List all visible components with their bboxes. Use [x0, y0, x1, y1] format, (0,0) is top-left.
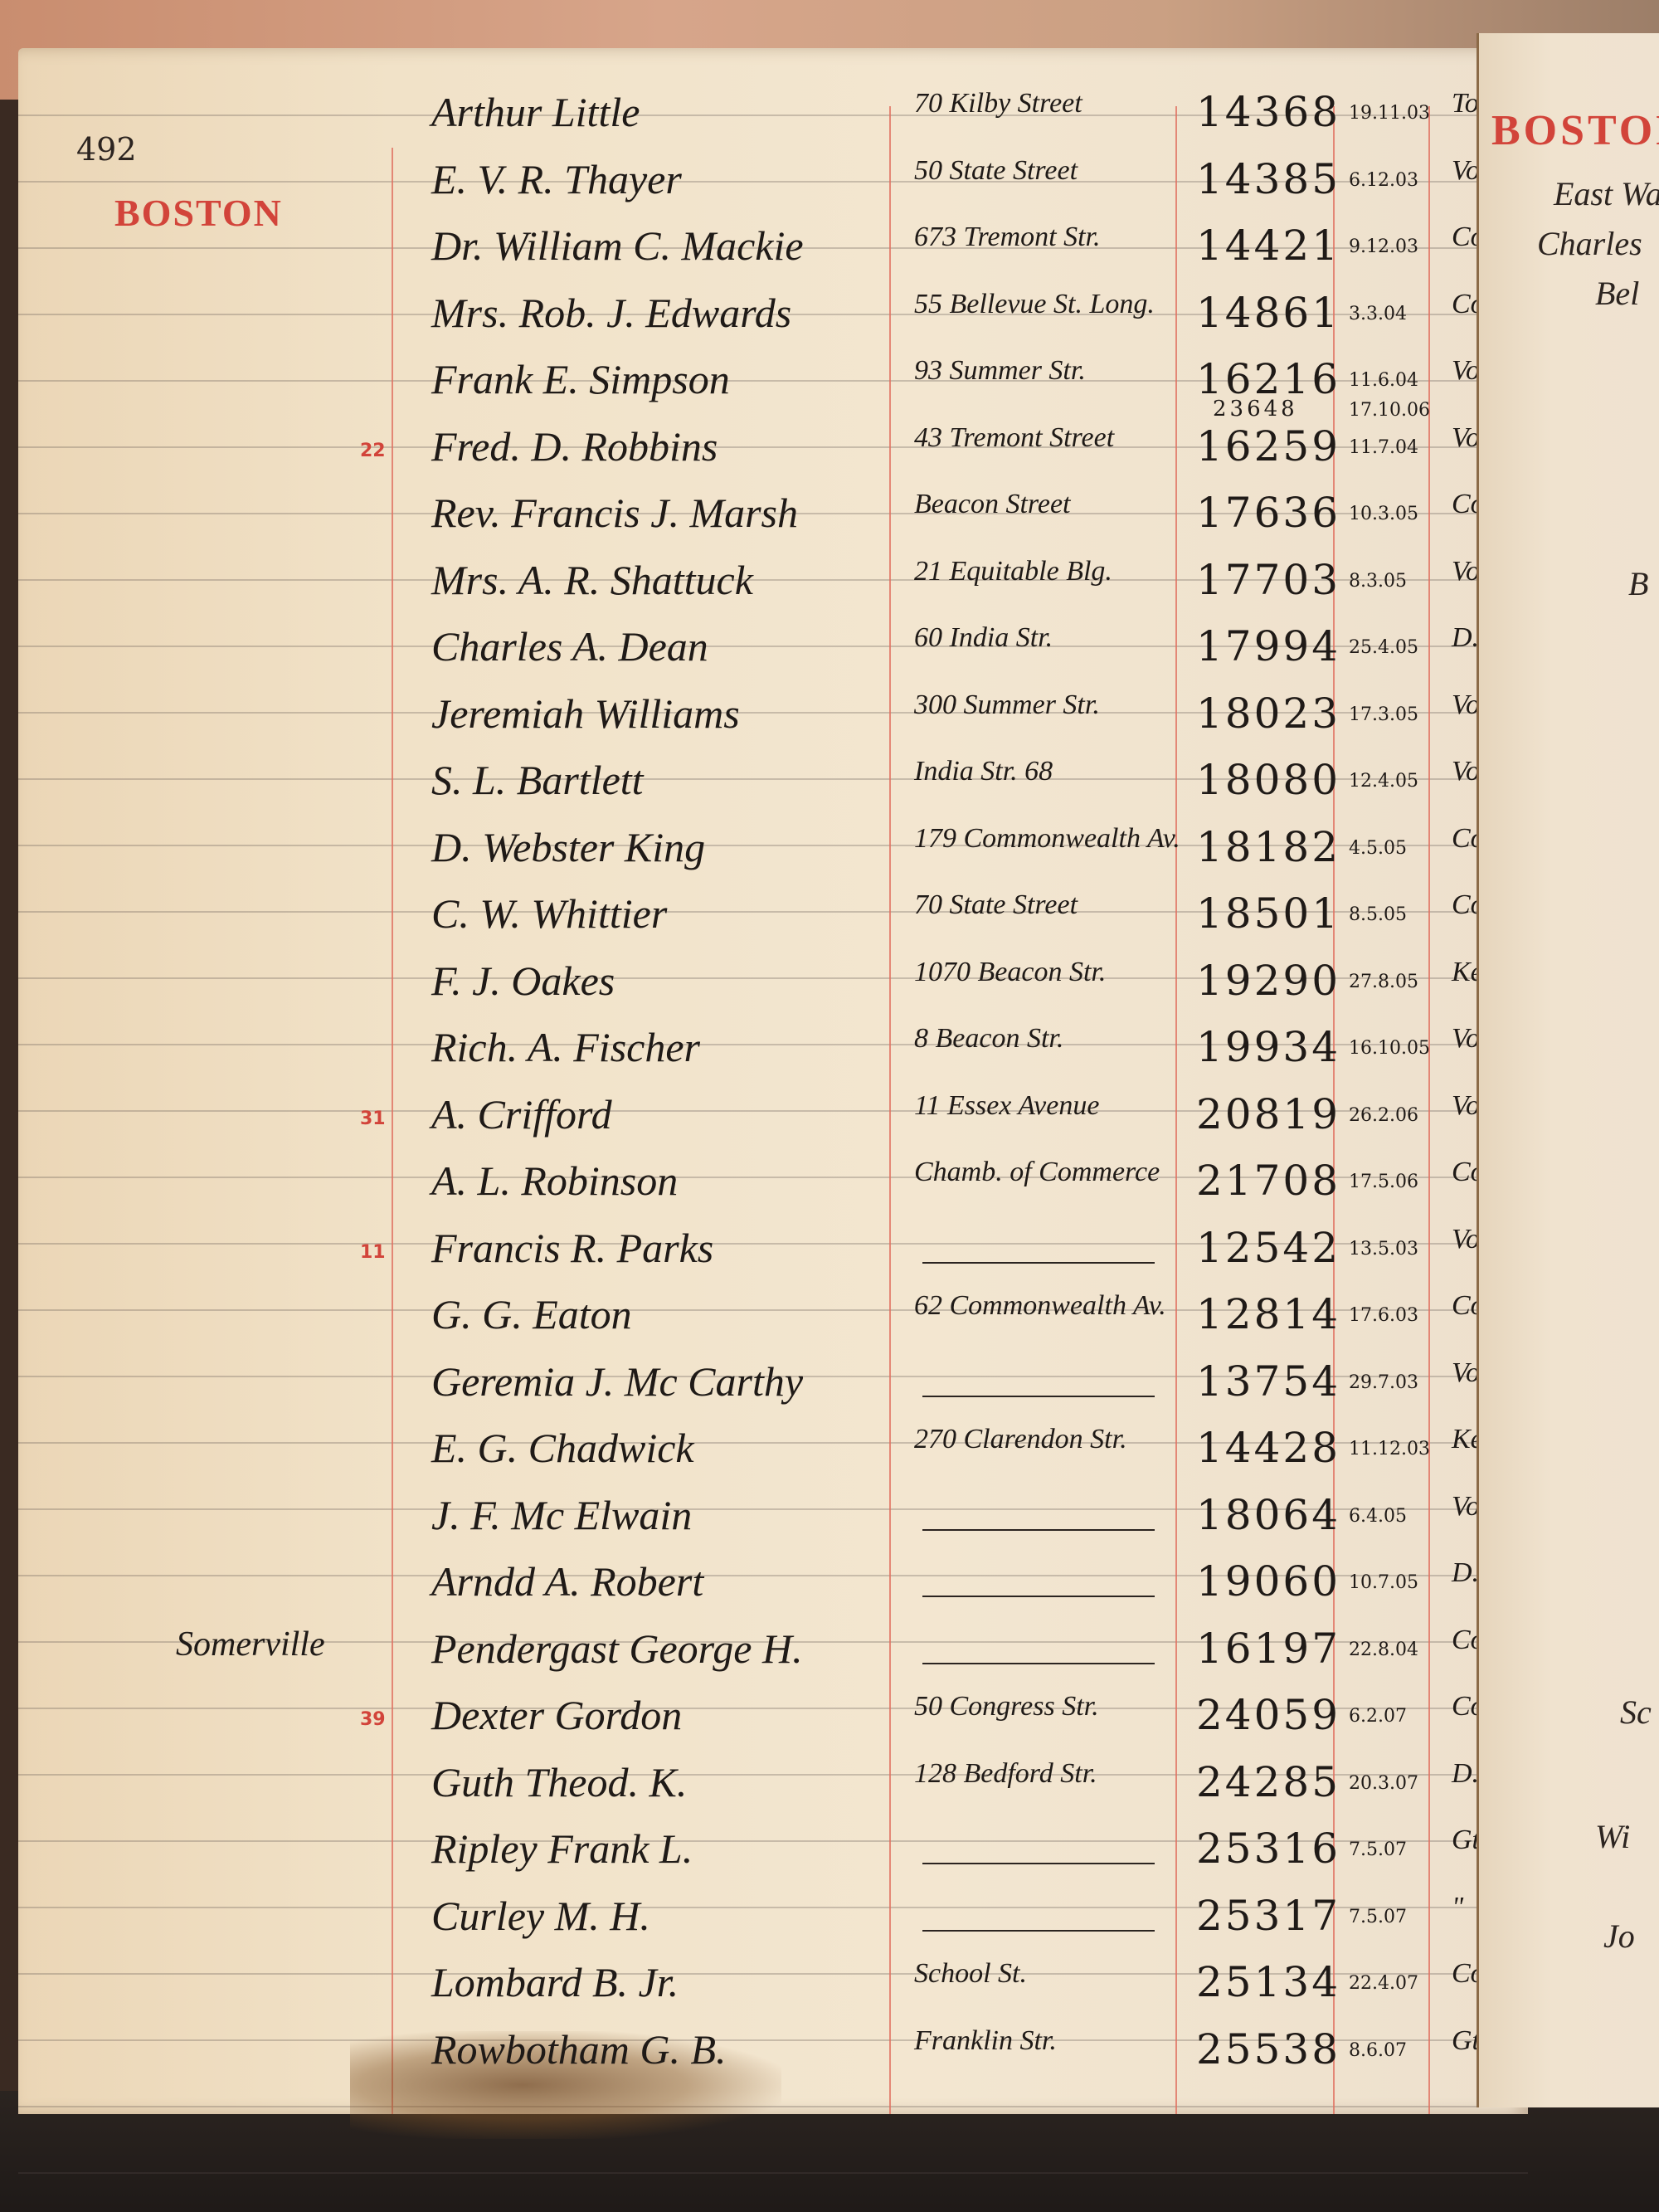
facing-city-header: BOSTON: [1491, 106, 1659, 155]
date-cell: 20.3.07: [1349, 1773, 1418, 1794]
address-cell: India Str. 68: [914, 756, 1053, 787]
number-cell: 13754: [1196, 1357, 1340, 1406]
facing-entry: Sc: [1620, 1693, 1652, 1732]
date-cell: 6.4.05: [1349, 1506, 1407, 1527]
number-cell: 18064: [1196, 1491, 1340, 1539]
address-cell: 673 Tremont Str.: [914, 222, 1101, 253]
table-row: SomervillePendergast George H.1619722.8.…: [18, 1618, 1528, 1688]
address-cell: 70 State Street: [914, 889, 1078, 921]
table-row: J. F. Mc Elwain180646.4.05Vor: [18, 1484, 1528, 1554]
date-cell: 7.5.07: [1349, 1839, 1407, 1860]
table-row: Arndd A. Robert1906010.7.05D.1.: [18, 1551, 1528, 1620]
table-row: 39Dexter Gordon50 Congress Str.240596.2.…: [18, 1684, 1528, 1754]
ledger-page-right: BOSTON East Wa Charles Bel B Sc Wi Jo: [1477, 33, 1659, 2107]
name-cell: Arthur Little: [431, 88, 640, 136]
number-cell: 19290: [1196, 957, 1340, 1005]
date-cell: 26.2.06: [1349, 1105, 1418, 1126]
name-cell: Jeremiah Williams: [431, 689, 740, 738]
name-cell: D. Webster King: [431, 823, 705, 871]
name-cell: G. G. Eaton: [431, 1290, 632, 1338]
address-cell: 43 Tremont Street: [914, 422, 1114, 454]
date-cell: 7.5.07: [1349, 1907, 1407, 1927]
number-cell: 25538: [1196, 2025, 1340, 2073]
address-cell: School St.: [914, 1958, 1027, 1990]
date-cell: 22.4.07: [1349, 1973, 1418, 1994]
table-row: D. Webster King179 Commonwealth Av.18182…: [18, 816, 1528, 886]
address-cell: 62 Commonwealth Av.: [914, 1290, 1166, 1322]
table-row: Geremia J. Mc Carthy1375429.7.03Vor: [18, 1351, 1528, 1420]
address-cell: 50 Congress Str.: [914, 1691, 1099, 1722]
table-row: Rowbotham G. B.Franklin Str.255388.6.07G…: [18, 2019, 1528, 2088]
blank-address-dash: [922, 1262, 1155, 1264]
date-cell: 16.10.05: [1349, 1038, 1430, 1059]
name-cell: E. G. Chadwick: [431, 1424, 694, 1472]
facing-entry: B: [1628, 564, 1648, 603]
table-row: C. W. Whittier70 State Street185018.5.05…: [18, 883, 1528, 953]
name-cell: Rev. Francis J. Marsh: [431, 489, 798, 537]
name-cell: Pendergast George H.: [431, 1625, 803, 1673]
facing-entry: Wi: [1595, 1817, 1630, 1856]
date-cell: 25.4.05: [1349, 637, 1418, 658]
table-row: Mrs. A. R. Shattuck21 Equitable Blg.1770…: [18, 549, 1528, 619]
name-cell: Mrs. A. R. Shattuck: [431, 556, 753, 604]
number-cell: 14428: [1196, 1424, 1340, 1472]
date-cell: 3.3.04: [1349, 304, 1407, 324]
name-cell: F. J. Oakes: [431, 957, 615, 1005]
name-cell: Mrs. Rob. J. Edwards: [431, 289, 791, 337]
date-cell: 11.7.04: [1349, 437, 1418, 458]
name-cell: C. W. Whittier: [431, 889, 667, 938]
date-cell: 8.3.05: [1349, 571, 1407, 592]
number-cell: 18501: [1196, 889, 1340, 938]
address-cell: 50 State Street: [914, 155, 1078, 187]
name-cell: Francis R. Parks: [431, 1224, 713, 1272]
table-row: S. L. BartlettIndia Str. 681808012.4.05V…: [18, 749, 1528, 819]
table-row: Curley M. H.253177.5.07": [18, 1885, 1528, 1955]
name-cell: Arndd A. Robert: [431, 1557, 703, 1605]
number-cell: 16197: [1196, 1625, 1340, 1673]
date-cell: 22.8.04: [1349, 1640, 1418, 1660]
date-cell: 17.5.06: [1349, 1172, 1418, 1192]
address-cell: Chamb. of Commerce: [914, 1157, 1160, 1188]
table-row: Charles A. Dean60 India Str.1799425.4.05…: [18, 616, 1528, 685]
name-cell: Lombard B. Jr.: [431, 1958, 679, 2006]
number-cell: 25317: [1196, 1892, 1340, 1940]
table-row: E. V. R. Thayer50 State Street143856.12.…: [18, 149, 1528, 218]
table-row: F. J. Oakes1070 Beacon Str.1929027.8.05K…: [18, 950, 1528, 1020]
date-cell: 6.2.07: [1349, 1706, 1407, 1727]
address-cell: 93 Summer Str.: [914, 355, 1086, 387]
number-cell: 19934: [1196, 1023, 1340, 1071]
address-cell: 300 Summer Str.: [914, 689, 1100, 721]
number-cell: 18023: [1196, 689, 1340, 738]
address-cell: 11 Essex Avenue: [914, 1090, 1099, 1122]
name-cell: E. V. R. Thayer: [431, 155, 682, 203]
address-cell: 8 Beacon Str.: [914, 1023, 1063, 1055]
date-cell: 6.12.03: [1349, 170, 1418, 191]
name-cell: Rich. A. Fischer: [431, 1023, 700, 1071]
number-cell: 17703: [1196, 556, 1340, 604]
date-cell: 27.8.05: [1349, 972, 1418, 992]
name-cell: Ripley Frank L.: [431, 1825, 693, 1873]
date-cell: 13.5.03: [1349, 1239, 1418, 1259]
table-row: Guth Theod. K.128 Bedford Str.2428520.3.…: [18, 1752, 1528, 1821]
date-cell: 10.3.05: [1349, 504, 1418, 524]
table-row: A. L. RobinsonChamb. of Commerce2170817.…: [18, 1150, 1528, 1220]
number-cell: 12542: [1196, 1224, 1340, 1272]
table-row: 22Fred. D. Robbins43 Tremont Street16259…: [18, 416, 1528, 485]
facing-entry: East Wa: [1554, 174, 1659, 213]
number-cell: 25134: [1196, 1958, 1340, 2006]
number-cell: 14861: [1196, 289, 1340, 337]
table-row: Rev. Francis J. MarshBeacon Street176361…: [18, 482, 1528, 552]
name-cell: Geremia J. Mc Carthy: [431, 1357, 803, 1406]
name-cell: Rowbotham G. B.: [431, 2025, 727, 2073]
date-cell: 10.7.05: [1349, 1572, 1418, 1593]
table-row: Frank E. Simpson93 Summer Str.1621611.6.…: [18, 348, 1528, 418]
number-cell: 18182: [1196, 823, 1340, 871]
number-cell: 14385: [1196, 155, 1340, 203]
location-cell: Somerville: [176, 1625, 325, 1664]
table-row: 11Francis R. Parks1254213.5.03Vor: [18, 1217, 1528, 1287]
table-row: G. G. Eaton62 Commonwealth Av.1281417.6.…: [18, 1284, 1528, 1353]
date-cell: 11.6.04: [1349, 370, 1418, 391]
date-cell: 8.5.05: [1349, 904, 1407, 925]
date-cell: 4.5.05: [1349, 838, 1407, 859]
name-cell: S. L. Bartlett: [431, 756, 644, 804]
blank-address-dash: [922, 1596, 1155, 1597]
address-cell: Franklin Str.: [914, 2025, 1057, 2057]
ledger-page-left: 492 BOSTON Arthur Little70 Kilby Street1…: [18, 48, 1528, 2114]
date-cell: 29.7.03: [1349, 1372, 1418, 1393]
address-cell: 128 Bedford Str.: [914, 1758, 1097, 1790]
number-cell: 14368: [1196, 88, 1340, 136]
date-cell: 19.11.03: [1349, 103, 1430, 124]
address-cell: 179 Commonwealth Av.: [914, 823, 1180, 855]
date-cell: 12.4.05: [1349, 771, 1418, 792]
address-cell: 21 Equitable Blg.: [914, 556, 1112, 587]
facing-entry: Jo: [1603, 1917, 1635, 1956]
name-cell: A. Crifford: [431, 1090, 612, 1138]
number-cell: 24059: [1196, 1691, 1340, 1739]
table-row: Arthur Little70 Kilby Street1436819.11.0…: [18, 81, 1528, 151]
table-row: Rich. A. Fischer8 Beacon Str.1993416.10.…: [18, 1016, 1528, 1086]
address-cell: 70 Kilby Street: [914, 88, 1082, 119]
date-cell: 9.12.03: [1349, 236, 1418, 257]
table-row: Dr. William C. Mackie673 Tremont Str.144…: [18, 215, 1528, 285]
date-cell: 17.6.03: [1349, 1305, 1418, 1326]
number-cell: 17994: [1196, 622, 1340, 670]
table-row: 31A. Crifford11 Essex Avenue2081926.2.06…: [18, 1084, 1528, 1153]
address-cell: 1070 Beacon Str.: [914, 957, 1106, 988]
number-cell: 12814: [1196, 1290, 1340, 1338]
name-cell: Guth Theod. K.: [431, 1758, 687, 1806]
margin-mark: 39: [360, 1709, 386, 1730]
blank-address-dash: [922, 1396, 1155, 1397]
table-row: Jeremiah Williams300 Summer Str.1802317.…: [18, 683, 1528, 753]
date-cell: 8.6.07: [1349, 2040, 1407, 2061]
table-row: Lombard B. Jr.School St.2513422.4.07Conf: [18, 1951, 1528, 2021]
number-cell: 24285: [1196, 1758, 1340, 1806]
name-cell: Dexter Gordon: [431, 1691, 682, 1739]
name-cell: Charles A. Dean: [431, 622, 708, 670]
table-row: E. G. Chadwick270 Clarendon Str.1442811.…: [18, 1417, 1528, 1487]
table-row: Mrs. Rob. J. Edwards55 Bellevue St. Long…: [18, 282, 1528, 352]
address-cell: 60 India Str.: [914, 622, 1053, 654]
margin-mark: 22: [360, 441, 386, 461]
type-cell: ": [1452, 1892, 1463, 1923]
name-cell: Curley M. H.: [431, 1892, 650, 1940]
number-cell: 20819: [1196, 1090, 1340, 1138]
blank-address-dash: [922, 1863, 1155, 1864]
name-cell: Frank E. Simpson: [431, 355, 730, 403]
name-cell: Fred. D. Robbins: [431, 422, 718, 470]
facing-entry: Charles: [1537, 224, 1642, 263]
address-cell: 270 Clarendon Str.: [914, 1424, 1127, 1455]
blank-address-dash: [922, 1529, 1155, 1531]
blank-address-dash: [922, 1663, 1155, 1664]
number-cell: 25316: [1196, 1825, 1340, 1873]
name-cell: J. F. Mc Elwain: [431, 1491, 692, 1539]
ruling-line: [18, 2172, 1528, 2174]
name-cell: A. L. Robinson: [431, 1157, 678, 1205]
facing-entry: Bel: [1595, 274, 1639, 313]
address-cell: Beacon Street: [914, 489, 1071, 520]
date-cell: 17.3.05: [1349, 704, 1418, 725]
margin-mark: 31: [360, 1108, 386, 1129]
table-row: Ripley Frank L.253167.5.07Gt.: [18, 1818, 1528, 1888]
blank-address-dash: [922, 1930, 1155, 1932]
number-cell: 19060: [1196, 1557, 1340, 1605]
margin-mark: 11: [360, 1242, 386, 1263]
number-cell: 17636: [1196, 489, 1340, 537]
number-cell: 16259: [1196, 422, 1340, 470]
date-cell: 11.12.03: [1349, 1439, 1430, 1459]
number-cell: 21708: [1196, 1157, 1340, 1205]
number-cell: 18080: [1196, 756, 1340, 804]
number-cell: 14421: [1196, 222, 1340, 270]
name-cell: Dr. William C. Mackie: [431, 222, 804, 270]
address-cell: 55 Bellevue St. Long.: [914, 289, 1155, 320]
